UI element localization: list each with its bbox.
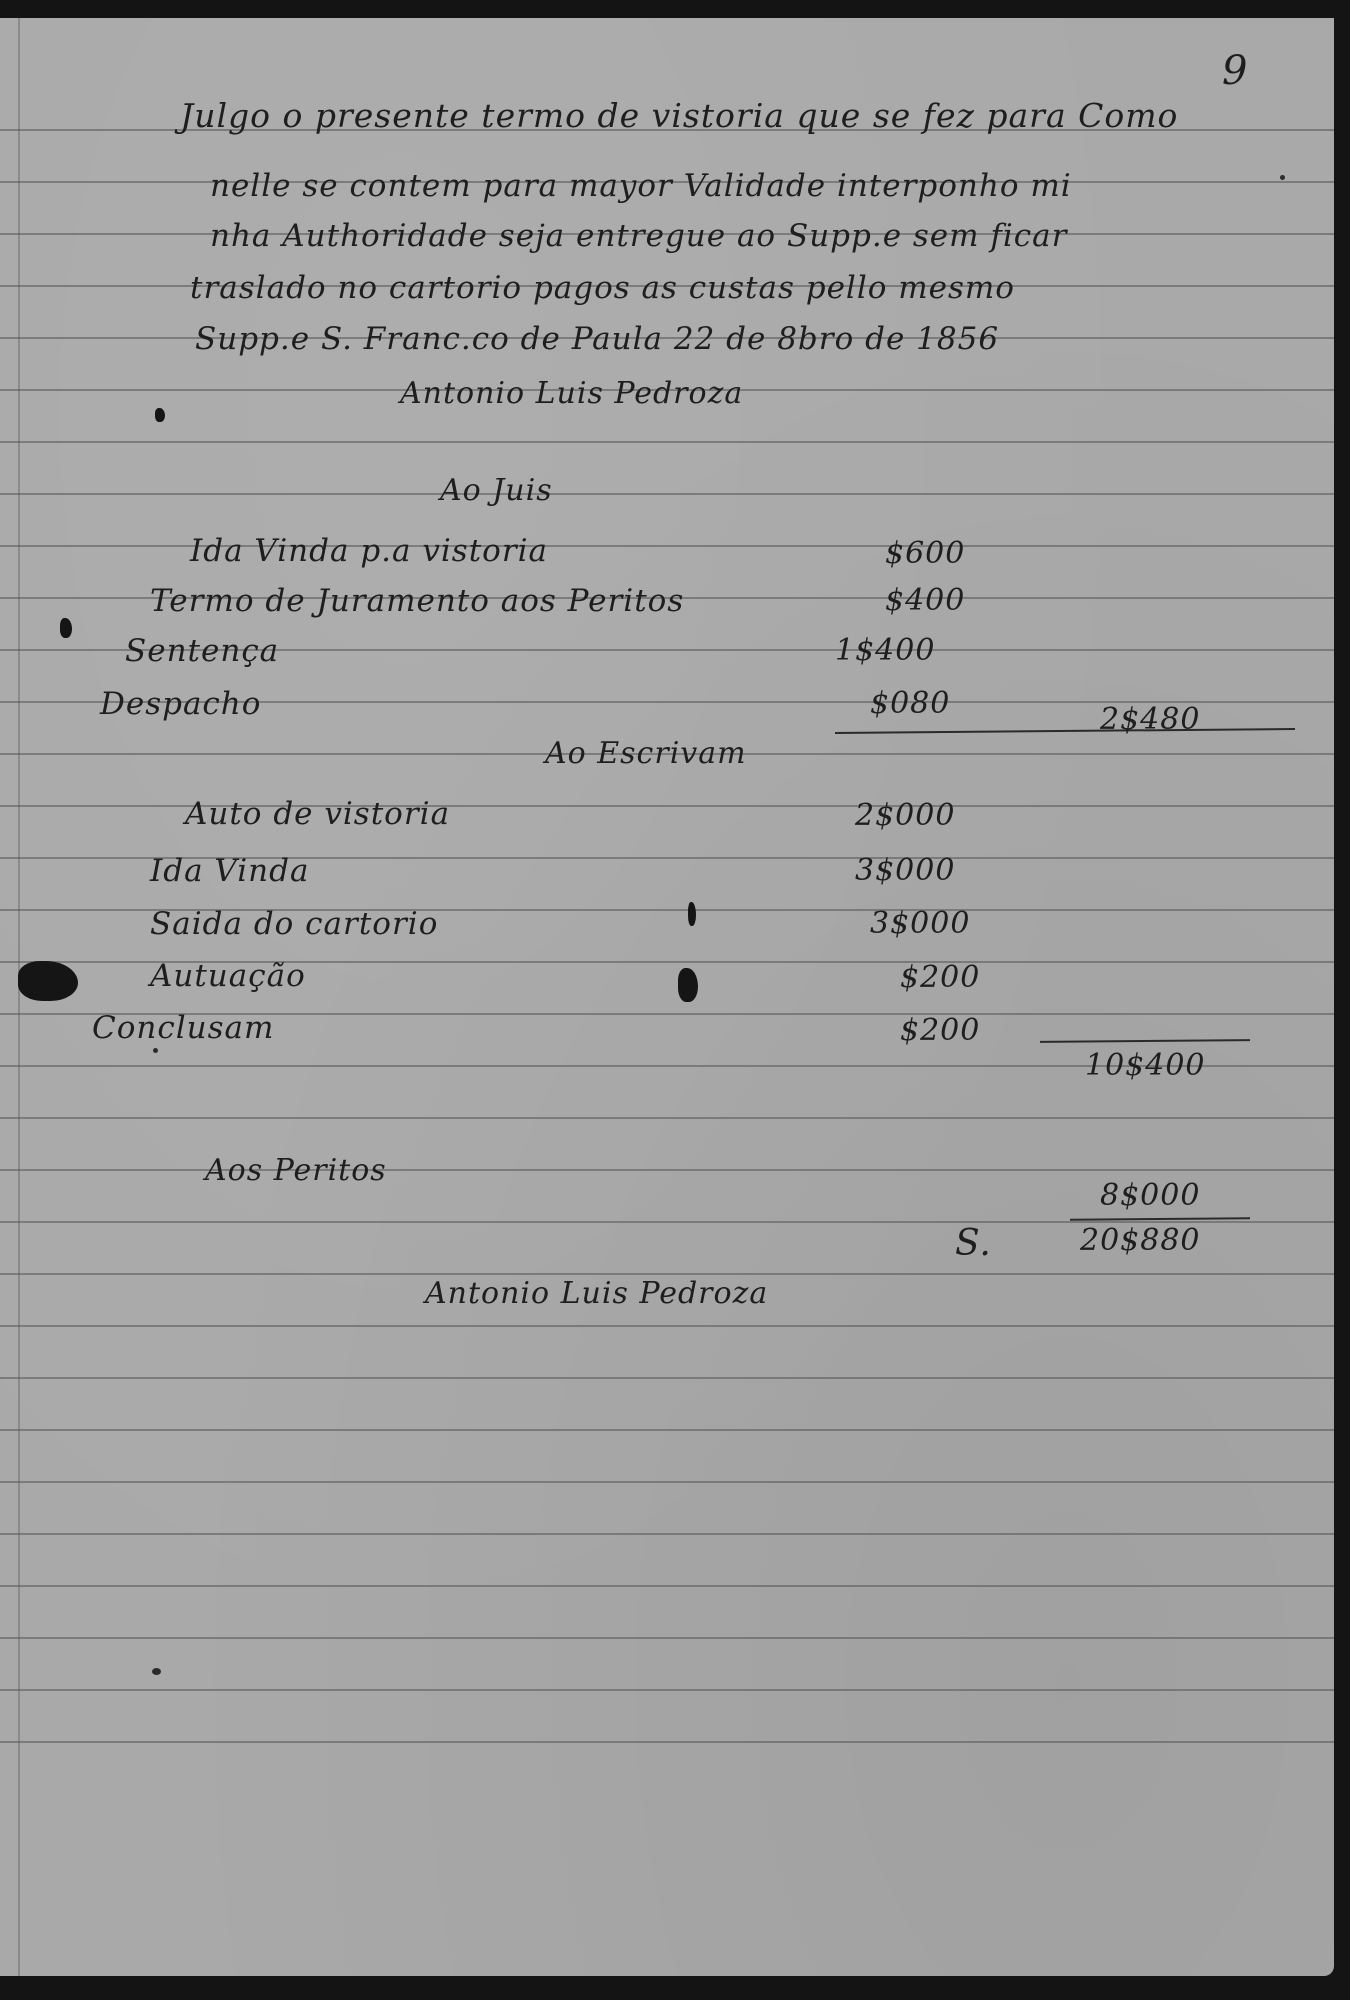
fee-item-amount: 3$000 [870, 906, 970, 941]
fee-item-amount: $200 [900, 960, 980, 995]
fee-item-amount: $080 [870, 686, 950, 721]
fee-item-label: Ida Vinda p.a vistoria [190, 533, 548, 569]
fee-item-label: Ida Vinda [150, 853, 309, 889]
section-heading-juis: Ao Juis [440, 473, 553, 508]
ink-blot [18, 961, 78, 1001]
despacho-line-5: Supp.e S. Franc.co de Paula 22 de 8bro d… [195, 321, 999, 357]
fee-item-label: Conclusam [92, 1010, 274, 1046]
margin-line [18, 18, 20, 1976]
signature-judge: Antonio Luis Pedroza [400, 376, 743, 411]
fee-item-amount: $200 [900, 1013, 980, 1048]
fee-item-amount: $400 [885, 583, 965, 618]
speck [1280, 175, 1285, 180]
ink-blot [155, 408, 165, 422]
ruled-line [0, 1377, 1334, 1379]
ruled-line [0, 493, 1334, 495]
fee-item-amount: $600 [885, 536, 965, 571]
fee-item-amount: 3$000 [855, 853, 955, 888]
despacho-line-4: traslado no cartorio pagos as custas pel… [190, 270, 1015, 306]
despacho-line-1: Julgo o presente termo de vistoria que s… [180, 96, 1178, 135]
ink-blot [688, 902, 696, 926]
ruled-line [0, 441, 1334, 443]
speck [152, 1668, 161, 1675]
fee-item-label: Despacho [100, 686, 261, 722]
section-heading-escrivam: Ao Escrivam [545, 736, 747, 771]
despacho-line-3: nha Authoridade seja entregue ao Supp.e … [210, 218, 1067, 254]
grand-total: 20$880 [1080, 1223, 1201, 1258]
ruled-line [0, 1169, 1334, 1171]
despacho-line-2: nelle se contem para mayor Validade inte… [210, 168, 1072, 204]
ruled-line [0, 1273, 1334, 1275]
speck [153, 1048, 158, 1053]
ruled-line [0, 1741, 1334, 1743]
ink-blot [678, 968, 698, 1002]
ruled-line [0, 1637, 1334, 1639]
ink-blot [60, 618, 72, 638]
fee-item-label: Termo de Juramento aos Peritos [150, 583, 684, 619]
subtotal-rule [1040, 1039, 1250, 1043]
fee-item-label: Sentença [125, 633, 279, 669]
section-subtotal: 2$480 [1100, 702, 1200, 737]
fee-item-label: Auto de vistoria [185, 796, 450, 832]
ruled-line [0, 1585, 1334, 1587]
section-subtotal: 8$000 [1100, 1178, 1200, 1213]
section-heading-peritos: Aos Peritos [205, 1153, 387, 1188]
ruled-line [0, 1429, 1334, 1431]
ruled-line [0, 1689, 1334, 1691]
total-prefix: S. [955, 1223, 992, 1264]
fee-item-amount: 1$400 [835, 633, 935, 668]
fee-item-label: Autuação [150, 958, 306, 994]
signature-final: Antonio Luis Pedroza [425, 1276, 768, 1311]
page-number: 9 [1222, 48, 1248, 94]
ruled-line [0, 1325, 1334, 1327]
subtotal-rule [835, 728, 1295, 734]
ruled-line [0, 1481, 1334, 1483]
ruled-line [0, 1117, 1334, 1119]
document-page: 9 Julgo o presente termo de vistoria que… [0, 18, 1334, 1976]
fee-item-label: Saida do cartorio [150, 906, 438, 942]
section-subtotal: 10$400 [1085, 1048, 1206, 1083]
ruled-line [0, 1533, 1334, 1535]
fee-item-amount: 2$000 [855, 798, 955, 833]
